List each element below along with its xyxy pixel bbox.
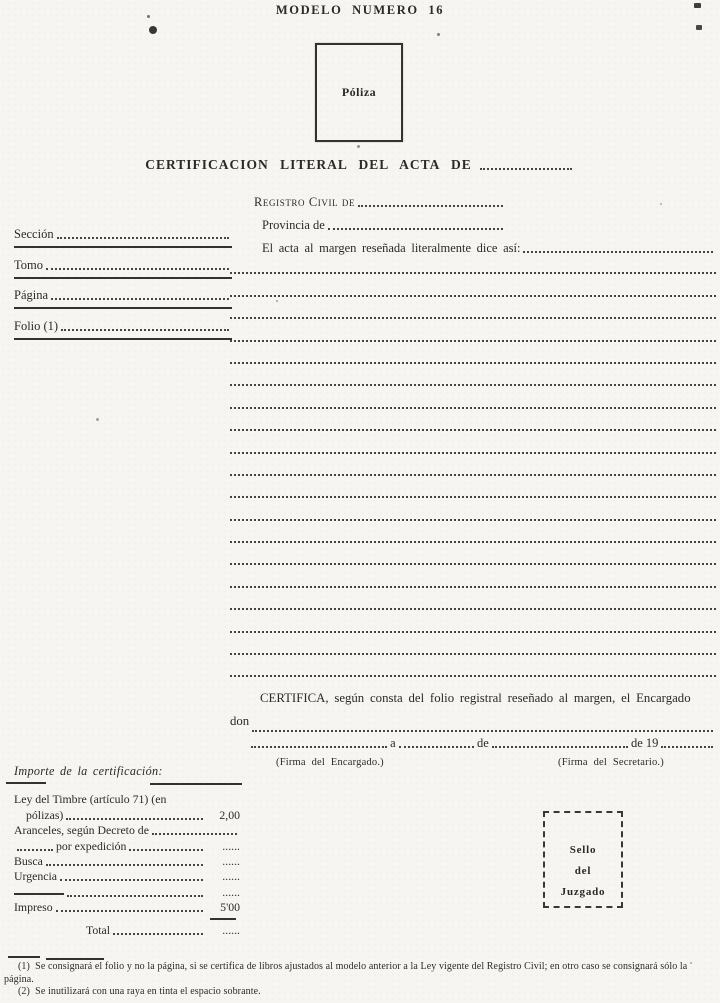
ruled-line [230, 565, 716, 587]
fee-row-ley-line1: Ley del Timbre (artículo 71) (en [14, 792, 240, 807]
model-number-heading: MODELO NUMERO 16 [0, 3, 720, 18]
ink-speck [149, 26, 157, 34]
aranceles-amount: ...... [206, 839, 240, 854]
seccion-label: Sección [14, 227, 54, 242]
blank-amount: ...... [206, 885, 240, 900]
ruled-line [230, 342, 716, 364]
registro-civil-blank [358, 205, 503, 207]
aranceles-leader3 [129, 849, 203, 851]
urgencia-amount: ...... [206, 869, 240, 884]
month-blank [492, 746, 628, 748]
don-label: don [230, 714, 249, 735]
ley-line1-text: Ley del Timbre (artículo 71) (en [14, 792, 166, 807]
ruled-line [230, 364, 716, 386]
ink-speck [690, 962, 692, 964]
folio-label: Folio (1) [14, 319, 58, 334]
ruled-line [230, 386, 716, 408]
margin-field-seccion: Sección [14, 225, 232, 256]
ink-speck [96, 418, 99, 421]
ruled-line [230, 521, 716, 543]
importe-block: Importe de la certificación: Ley del Tim… [14, 764, 240, 938]
date-particle-de19: de 19 [631, 736, 658, 751]
impreso-label: Impreso [14, 900, 53, 915]
footnote-1: (1) Se consignará el folio y no la págin… [4, 961, 716, 986]
certifica-paragraph: CERTIFICA, según consta del folio regist… [230, 691, 716, 735]
certification-title: CERTIFICACION LITERAL DEL ACTA DE [0, 157, 720, 173]
day-blank [399, 746, 474, 748]
rule-segment [46, 958, 104, 960]
footnotes: (1) Se consignará el folio y no la págin… [4, 961, 716, 999]
rule-segment [14, 893, 64, 895]
importe-title-rules [14, 779, 240, 787]
impreso-amount: 5'00 [206, 900, 240, 915]
aranceles-line2-text: por expedición [56, 839, 126, 854]
ruled-line [230, 454, 716, 476]
fee-row-urgencia: Urgencia ...... [14, 869, 240, 884]
ley-leader [66, 818, 203, 820]
title-dotted-blank [480, 154, 572, 170]
ink-speck [694, 3, 701, 8]
importe-title: Importe de la certificación: [14, 764, 240, 779]
total-leader [113, 933, 203, 935]
ruled-line [230, 655, 716, 677]
seccion-blank [57, 237, 229, 239]
fee-row-blank: ...... [14, 884, 240, 899]
ink-speck [357, 145, 360, 148]
pagina-blank [51, 298, 229, 300]
fee-row-ley-line2: pólizas) 2,00 [14, 807, 240, 822]
total-amount: ...... [206, 923, 240, 938]
certification-title-text: CERTIFICACION LITERAL DEL ACTA DE [145, 157, 472, 173]
ruled-line [230, 319, 716, 341]
fee-row-aranceles-line1: Aranceles, según Decreto de [14, 823, 240, 838]
don-blank [252, 711, 713, 732]
registro-civil-label: Registro Civil de [254, 195, 355, 210]
impreso-leader [56, 910, 203, 912]
registro-civil-block: Registro Civil de Provincia de [254, 187, 506, 233]
aranceles-line1-text: Aranceles, según Decreto de [14, 823, 149, 838]
folio-blank [61, 329, 229, 331]
field-underline [14, 338, 232, 340]
sello-line2: del [545, 861, 621, 882]
fee-row-total: Total ...... [14, 922, 240, 937]
sello-line1: Sello [545, 840, 621, 861]
aranceles-leader2 [17, 849, 53, 851]
busca-leader [46, 864, 203, 866]
ruled-line [230, 409, 716, 431]
ink-speck [660, 203, 662, 205]
tomo-blank [46, 268, 229, 270]
pagina-label: Página [14, 288, 48, 303]
field-underline [14, 307, 232, 309]
field-underline [14, 277, 232, 279]
busca-label: Busca [14, 854, 43, 869]
tomo-label: Tomo [14, 258, 43, 273]
ruled-line [230, 431, 716, 453]
ley-line2-text: pólizas) [14, 808, 63, 823]
ink-speck [276, 300, 278, 302]
provincia-label: Provincia de [262, 218, 325, 233]
ruled-line [230, 588, 716, 610]
fee-row-impreso: Impreso 5'00 [14, 900, 240, 915]
rule-segment [150, 783, 242, 785]
poliza-stamp-box: Póliza [315, 43, 403, 142]
rule-segment [6, 782, 46, 784]
fee-row-busca: Busca ...... [14, 854, 240, 869]
urgencia-label: Urgencia [14, 869, 57, 884]
scanned-form-page: MODELO NUMERO 16 Póliza CERTIFICACION LI… [0, 0, 720, 1003]
blank-leader [67, 895, 203, 897]
ink-speck [437, 33, 440, 36]
aranceles-leader1 [152, 833, 237, 835]
year-blank [661, 746, 713, 748]
place-blank [251, 746, 387, 748]
margin-reference-fields: Sección Tomo Página Folio (1) [14, 225, 232, 347]
ink-speck [147, 15, 150, 18]
ruled-line [230, 543, 716, 565]
field-underline [14, 246, 232, 248]
ley-amount: 2,00 [206, 808, 240, 823]
amount-subtotal-rule [210, 918, 236, 920]
ruled-line [230, 633, 716, 655]
busca-amount: ...... [206, 854, 240, 869]
ink-speck [696, 25, 702, 30]
sello-juzgado-box: Sello del Juzgado [543, 811, 623, 908]
sello-line3: Juzgado [545, 882, 621, 903]
firma-encargado-caption: (Firma del Encargado.) [276, 757, 384, 768]
ruled-line [230, 297, 716, 319]
margin-field-folio: Folio (1) [14, 317, 232, 348]
provincia-blank [328, 228, 503, 230]
ruled-line [230, 610, 716, 632]
date-line: a de de 19 [248, 736, 716, 751]
ruled-line [230, 498, 716, 520]
ruled-line [230, 274, 716, 296]
margin-field-tomo: Tomo [14, 256, 232, 287]
date-particle-a: a [390, 736, 396, 751]
fee-row-aranceles-line2: por expedición ...... [14, 838, 240, 853]
firma-secretario-caption: (Firma del Secretario.) [558, 757, 664, 768]
ruled-line [230, 252, 716, 274]
date-particle-de: de [477, 736, 489, 751]
acta-intro-blank [523, 238, 713, 253]
ruled-line [230, 476, 716, 498]
ruled-lines [230, 252, 716, 677]
total-label: Total [86, 923, 110, 938]
margin-field-pagina: Página [14, 286, 232, 317]
poliza-label: Póliza [342, 85, 376, 100]
footnote-2: (2) Se inutilizará con una raya en tinta… [4, 986, 716, 999]
urgencia-leader [60, 879, 203, 881]
rule-segment [8, 956, 40, 958]
